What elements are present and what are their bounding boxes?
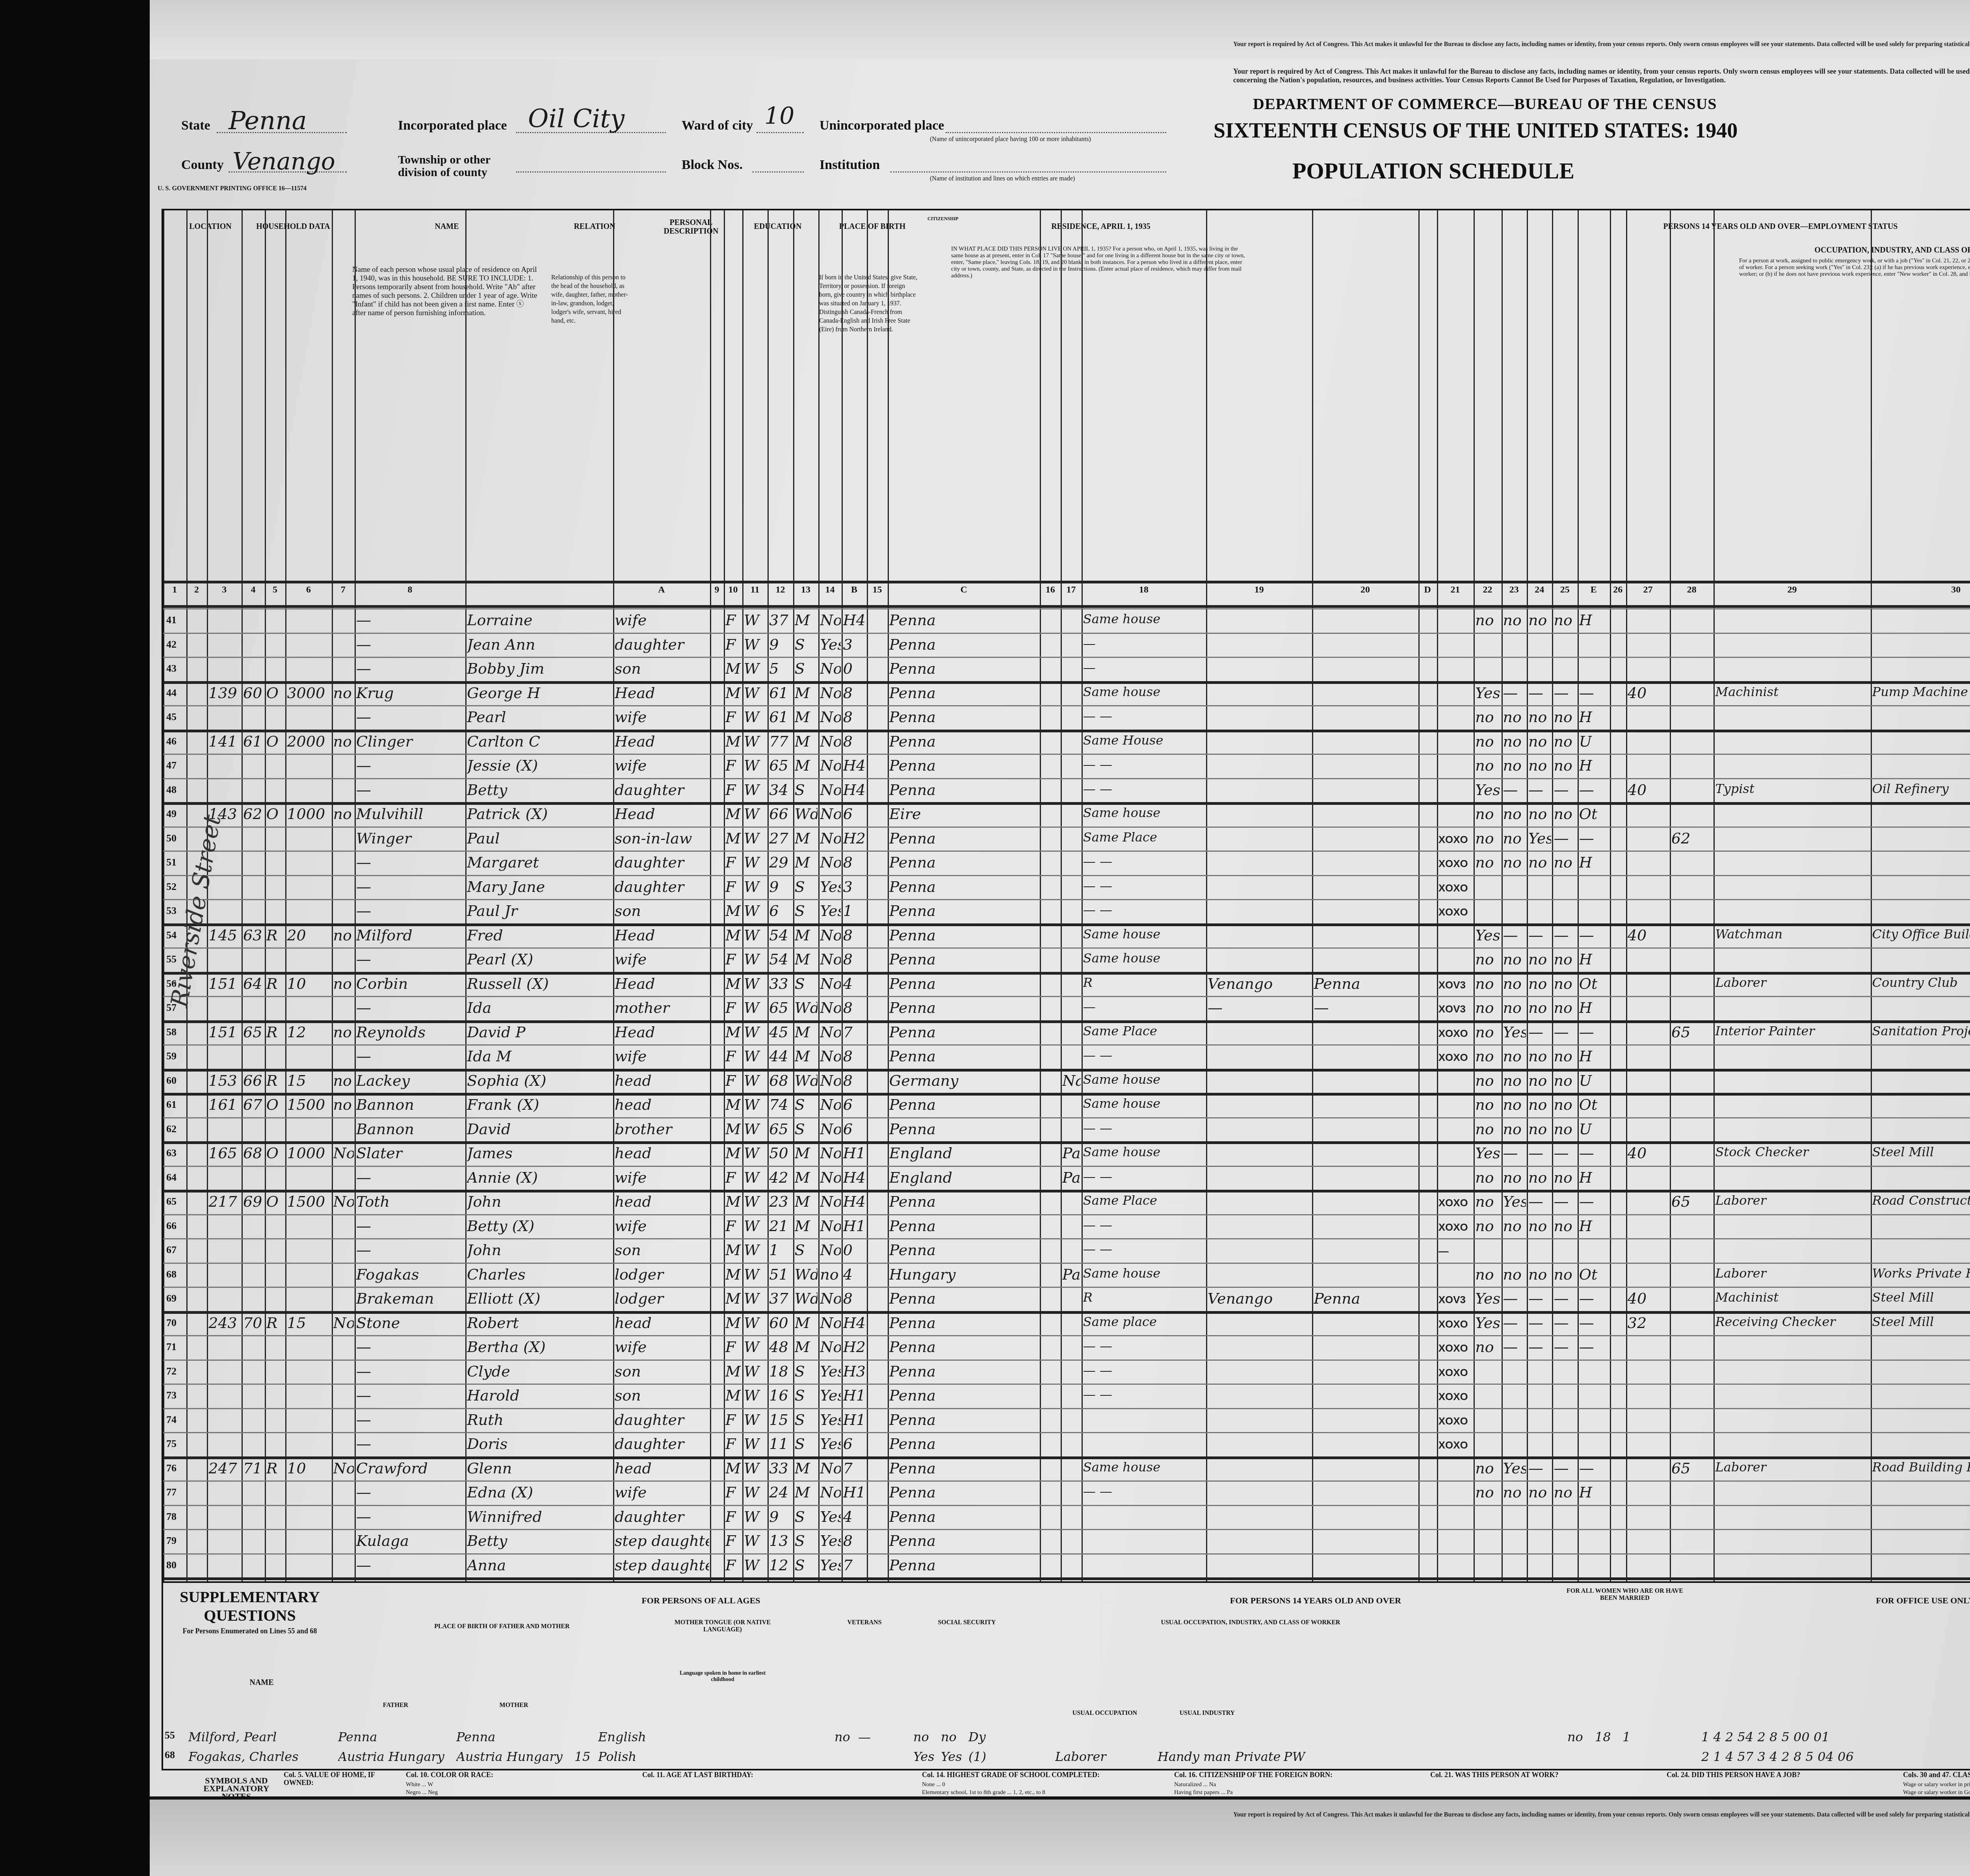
cell-own: O (266, 1193, 285, 1210)
supp-subtitle: For Persons Enumerated on Lines 55 and 6… (171, 1627, 329, 1635)
table-row: 7474—RuthdaughterFW15SYesH1PennaXOXO (163, 1408, 1970, 1432)
cell-value: 1000 (287, 1144, 331, 1162)
cell-age: 65 (769, 1120, 792, 1138)
cell-c25: H (1579, 708, 1609, 726)
cell-birth: Penna (889, 1411, 1039, 1428)
cell-sex: M (725, 975, 742, 992)
line-number: 67 (166, 1244, 177, 1256)
cell-sex: F (725, 1072, 742, 1089)
supp-women: FOR ALL WOMEN WHO ARE OR HAVE BEEN MARRI… (1566, 1588, 1684, 1602)
cell-surname: — (356, 1557, 465, 1574)
cell-state: — (1314, 999, 1417, 1016)
supp-usual-occ-col: USUAL OCCUPATION (1054, 1710, 1156, 1717)
cell-c23: — (1528, 1290, 1551, 1307)
cell-surname: — (356, 999, 465, 1016)
row-divider (163, 1141, 1970, 1144)
section-citizenship: CITIZENSHIP (927, 214, 947, 223)
cell-relation: Head (615, 975, 709, 992)
cell-marital: M (795, 830, 818, 847)
occupation-header: OCCUPATION, INDUSTRY, AND CLASS OF WORKE… (1739, 246, 1970, 254)
cell-c25: — (1579, 830, 1609, 847)
table-row: 565615164R10noCorbinRussell (X)HeadMW33S… (163, 972, 1970, 996)
cell-ind: Oil Refinery (1872, 781, 1970, 796)
cell-relation: lodger (615, 1266, 709, 1283)
cell-value: 2000 (287, 733, 331, 750)
cell-grade: H4 (843, 1314, 866, 1332)
cell-sex: M (725, 1023, 742, 1041)
cell-xoxo: XOXO (1438, 858, 1473, 870)
cell-sex: F (725, 708, 742, 726)
section-location: LOCATION (185, 222, 236, 231)
supp-cell-code: 15 (574, 1749, 598, 1764)
cell-relation: Head (615, 805, 709, 823)
township-label: Township or other division of county (398, 154, 516, 179)
cell-c25: — (1579, 1314, 1609, 1332)
cell-surname: — (356, 1338, 465, 1356)
footnote-col30: Cols. 30 and 47. CLASS OF WORKER: (1903, 1771, 1970, 1779)
line-number: 60 (166, 1075, 177, 1087)
cell-grade: H1 (843, 1484, 866, 1501)
cell-given: Margaret (467, 854, 612, 871)
next-sheet-strip: Your report is required by Act of Congre… (150, 1796, 1970, 1876)
cell-marital: M (795, 1314, 818, 1332)
cell-given: Pearl (X) (467, 951, 612, 968)
cell-grade: H1 (843, 1144, 866, 1162)
incorporated-place-value: Oil City (528, 104, 624, 134)
cell-grade: 8 (843, 927, 866, 944)
cell-given: Sophia (X) (467, 1072, 612, 1089)
cell-c23: no (1528, 999, 1551, 1016)
cell-age: 65 (769, 999, 792, 1016)
cell-c24: — (1554, 1290, 1576, 1307)
cell-c21: Yes (1475, 781, 1500, 799)
table-row: 616116167O1500noBannonFrank (X)headMW74S… (163, 1093, 1970, 1117)
cell-relation: wife (615, 1169, 709, 1186)
ward-label: Ward of city (682, 118, 753, 133)
cell-c23: no (1528, 611, 1551, 629)
column-number: 8 (355, 585, 465, 595)
cell-given: Mary Jane (467, 878, 612, 895)
cell-marital: S (795, 902, 818, 919)
supp-cell-office: 2 1 4 57 3 4 2 8 5 04 06 (1701, 1749, 1970, 1764)
cell-marital: M (795, 611, 818, 629)
cell-school: Yes (820, 1508, 841, 1525)
cell-age: 29 (769, 854, 792, 871)
cell-grade: 8 (843, 684, 866, 702)
cell-house: 145 (208, 927, 241, 944)
cell-occ: Interior Painter (1715, 1023, 1870, 1038)
cell-birth: Penna (889, 1048, 1039, 1065)
cell-c24: — (1554, 830, 1576, 847)
cell-surname: Kulaga (356, 1532, 465, 1549)
cell-farm: no (333, 805, 354, 823)
cell-c21: Yes (1475, 1290, 1500, 1307)
cell-c23: — (1528, 1314, 1551, 1332)
cell-race: W (744, 951, 767, 968)
institution-line (890, 171, 1166, 173)
cell-marital: M (795, 1484, 818, 1501)
footnote-col21: Col. 21. WAS THIS PERSON AT WORK? (1430, 1771, 1627, 1779)
cell-value: 15 (287, 1072, 331, 1089)
line-number: 63 (166, 1147, 177, 1159)
cell-age: 9 (769, 636, 792, 653)
cell-birth: Penna (889, 1096, 1039, 1113)
cell-relation: Head (615, 927, 709, 944)
cell-grade: 8 (843, 708, 866, 726)
supp-line-number: 68 (165, 1749, 180, 1761)
cell-occ: Receiving Checker (1715, 1314, 1870, 1329)
cell-c22: no (1503, 951, 1526, 968)
cell-grade: H4 (843, 781, 866, 799)
cell-school: Yes (820, 636, 841, 653)
ward-value: 10 (764, 102, 794, 130)
cell-marital: S (795, 660, 818, 677)
cell-age: 6 (769, 902, 792, 919)
cell-c22: no (1503, 999, 1526, 1016)
table-row: 7373—HaroldsonMW16SYesH1Penna— —XOXO (163, 1384, 1970, 1408)
cell-relation: head (615, 1072, 709, 1089)
cell-res: — (1083, 636, 1205, 651)
cell-house: 141 (208, 733, 241, 750)
cell-surname: Winger (356, 830, 465, 847)
cell-xoxo: XOXO (1438, 906, 1473, 918)
supp-cell-c40: no (834, 1729, 858, 1744)
cell-relation: wife (615, 611, 709, 629)
section-birth: PLACE OF BIRTH (817, 222, 927, 231)
table-row: 7979KulagaBettystep daughterFW13SYes8Pen… (163, 1529, 1970, 1553)
column-number: 23 (1502, 585, 1527, 595)
column-number: 16 (1040, 585, 1061, 595)
cell-c21: no (1475, 999, 1500, 1016)
cell-grade: 0 (843, 1241, 866, 1259)
cell-own: O (266, 1144, 285, 1162)
supp-cell-c50: 1 (1622, 1729, 1650, 1744)
cell-birth: Penna (889, 1557, 1039, 1574)
row-divider (163, 608, 1970, 609)
cell-given: Ida (467, 999, 612, 1016)
cell-hh: 68 (243, 1144, 264, 1162)
row-divider (163, 899, 1970, 900)
cell-age: 54 (769, 927, 792, 944)
cell-relation: head (615, 1144, 709, 1162)
cell-c25: H (1579, 1048, 1609, 1065)
cell-marital: Wd (795, 1290, 818, 1307)
supp-birthplace-header: PLACE OF BIRTH OF FATHER AND MOTHER (336, 1623, 667, 1630)
cell-birth: Penna (889, 1363, 1039, 1380)
cell-age: 12 (769, 1557, 792, 1574)
cell-c25: — (1579, 1023, 1609, 1041)
cell-birth: Penna (889, 611, 1039, 629)
cell-age: 66 (769, 805, 792, 823)
cell-surname: Reynolds (356, 1023, 465, 1041)
institution-label: Institution (820, 158, 880, 173)
cell-sex: F (725, 611, 742, 629)
cell-race: W (744, 1508, 767, 1525)
cell-c24: no (1554, 999, 1576, 1016)
cell-marital: S (795, 1120, 818, 1138)
column-number: 12 (768, 585, 793, 595)
cell-school: No (820, 1338, 841, 1356)
cell-given: Betty (467, 1532, 612, 1549)
cell-marital: S (795, 1387, 818, 1404)
table-row: 5757—IdamotherFW65WdNo8Penna———XOV3nonon… (163, 996, 1970, 1020)
footnote-item: Having first papers ... Pa (1174, 1789, 1233, 1796)
table-row: 636316568O1000NoSlaterJamesheadMW50MNoH1… (163, 1141, 1970, 1166)
cell-marital: S (795, 1532, 818, 1549)
line-number: 46 (166, 736, 177, 747)
cell-own: O (266, 805, 285, 823)
cell-given: Fred (467, 927, 612, 944)
cell-school: No (820, 1314, 841, 1332)
county-value: Venango (232, 148, 335, 175)
cell-xoxo: XOXO (1438, 1342, 1473, 1354)
cell-farm: no (333, 733, 354, 750)
cell-res: — — (1083, 902, 1205, 917)
footnote-item: Naturalized ... Na (1174, 1781, 1216, 1789)
column-number: E (1578, 585, 1610, 595)
column-number: 10 (724, 585, 742, 595)
table-row: 5353—Paul JrsonMW6SYes1Penna— —XOXO (163, 899, 1970, 923)
line-number: 73 (166, 1389, 177, 1401)
cell-c21: no (1475, 1096, 1500, 1113)
cell-grade: 6 (843, 1435, 866, 1453)
cell-birth: Penna (889, 1290, 1039, 1307)
cell-sex: M (725, 1363, 742, 1380)
cell-age: 9 (769, 878, 792, 895)
cell-grade: H1 (843, 1217, 866, 1235)
line-number: 50 (166, 832, 177, 844)
cell-race: W (744, 878, 767, 895)
cell-marital: M (795, 1169, 818, 1186)
cell-school: No (820, 927, 841, 944)
cell-school: No (820, 805, 841, 823)
cell-race: W (744, 1241, 767, 1259)
row-divider (163, 1360, 1970, 1361)
cell-marital: S (795, 1241, 818, 1259)
footnote-col11: Col. 11. AGE AT LAST BIRTHDAY: (642, 1771, 879, 1779)
cell-grade: 8 (843, 951, 866, 968)
cell-school: No (820, 611, 841, 629)
cell-c22: Yes (1503, 1193, 1526, 1210)
cell-sex: F (725, 999, 742, 1016)
cell-age: 48 (769, 1338, 792, 1356)
cell-xoxo: XOV3 (1438, 979, 1473, 991)
cell-grade: 4 (843, 1508, 866, 1525)
cell-age: 61 (769, 684, 792, 702)
table-row: 4545—PearlwifeFW61MNo8Penna— —nonononoH0… (163, 705, 1970, 730)
cell-birth: Penna (889, 1508, 1039, 1525)
cell-res: — — (1083, 854, 1205, 869)
cell-c25: Ot (1579, 1096, 1609, 1113)
cell-surname: — (356, 1217, 465, 1235)
cell-xoxo: XOXO (1438, 1439, 1473, 1451)
occupation-instructions: For a person at work, assigned to public… (1739, 258, 1970, 278)
cell-given: Annie (X) (467, 1169, 612, 1186)
cell-school: No (820, 1193, 841, 1210)
cell-c21: no (1475, 708, 1500, 726)
supp-office-use: FOR OFFICE USE ONLY—DO NOT WRITE IN THES… (1692, 1596, 1970, 1606)
cell-relation: Head (615, 733, 709, 750)
cell-res: — — (1083, 1363, 1205, 1378)
cell-surname: — (356, 781, 465, 799)
cell-race: W (744, 1387, 767, 1404)
cell-race: W (744, 733, 767, 750)
cell-house: 243 (208, 1314, 241, 1332)
table-row: 464614161O2000noClingerCarlton CHeadMW77… (163, 730, 1970, 754)
row-divider (163, 947, 1970, 949)
cell-surname: — (356, 878, 465, 895)
cell-marital: S (795, 975, 818, 992)
row-divider (163, 1529, 1970, 1530)
cell-c21: no (1475, 1338, 1500, 1356)
cell-c21: no (1475, 1072, 1500, 1089)
cell-hours: 40 (1628, 684, 1669, 702)
line-number: 65 (166, 1196, 177, 1207)
cell-relation: step daughter (615, 1557, 709, 1574)
cell-c22: no (1503, 1266, 1526, 1283)
footnote-col14: Col. 14. HIGHEST GRADE OF SCHOOL COMPLET… (922, 1771, 1158, 1779)
table-row: 6262BannonDavidbrotherMW65SNo6Penna— —no… (163, 1117, 1970, 1142)
column-number: 1 (163, 585, 186, 595)
cell-hours: 32 (1628, 1314, 1669, 1332)
cell-value: 3000 (287, 684, 331, 702)
cell-surname: — (356, 708, 465, 726)
column-number: B (842, 585, 867, 595)
cell-res: — — (1083, 1217, 1205, 1232)
supp-cell-c42: Yes (913, 1749, 941, 1764)
line-number: 79 (166, 1535, 177, 1547)
cell-age: 61 (769, 708, 792, 726)
column-number: 22 (1474, 585, 1501, 595)
cell-ind: Country Club (1872, 975, 1970, 990)
cell-c24: no (1554, 1096, 1576, 1113)
cell-res: Same house (1083, 1096, 1205, 1111)
cell-cit: Pa (1062, 1169, 1081, 1186)
cell-c21: no (1475, 1266, 1500, 1283)
column-number: 18 (1082, 585, 1206, 595)
cell-c23: no (1528, 1048, 1551, 1065)
cell-hh: 65 (243, 1023, 264, 1041)
cell-surname: Lackey (356, 1072, 465, 1089)
cell-c24: no (1554, 1169, 1576, 1186)
row-divider (163, 1287, 1970, 1288)
column-number: 20 (1312, 585, 1418, 595)
cell-hours: 40 (1628, 1290, 1669, 1307)
cell-grade: 1 (843, 902, 866, 919)
cell-c24: no (1554, 854, 1576, 871)
cell-house: 247 (208, 1460, 241, 1477)
cell-birth: Penna (889, 927, 1039, 944)
cell-birth: Penna (889, 975, 1039, 992)
cell-sex: F (725, 757, 742, 774)
footnote-col24: Col. 24. DID THIS PERSON HAVE A JOB? (1667, 1771, 1864, 1779)
cell-c22: — (1503, 927, 1526, 944)
line-number: 48 (166, 784, 177, 796)
cell-race: W (744, 708, 767, 726)
row-divider (163, 1384, 1970, 1385)
cell-cit: Na (1062, 1072, 1081, 1089)
cell-marital: M (795, 854, 818, 871)
cell-marital: Wd (795, 1266, 818, 1283)
cell-marital: M (795, 927, 818, 944)
cell-c24: — (1554, 1314, 1576, 1332)
cell-race: W (744, 1338, 767, 1356)
cell-birth: Penna (889, 708, 1039, 726)
column-number: 5 (265, 585, 286, 595)
cell-race: W (744, 1435, 767, 1453)
cell-given: Jessie (X) (467, 757, 612, 774)
cell-c25: — (1579, 781, 1609, 799)
relation-instructions: Relationship of this person to the head … (551, 273, 630, 325)
cell-school: Yes (820, 902, 841, 919)
footnote-item: White ... W (406, 1781, 433, 1789)
cell-value: 1500 (287, 1193, 331, 1210)
cell-race: W (744, 1169, 767, 1186)
cell-surname: Krug (356, 684, 465, 702)
cell-xoxo: XOXO (1438, 1197, 1473, 1209)
table-row: 7171—Bertha (X)wifeFW48MNoH2Penna— —XOXO… (163, 1335, 1970, 1360)
cell-c23: no (1528, 757, 1551, 774)
line-number: 58 (166, 1026, 177, 1038)
row-divider (163, 1480, 1970, 1482)
state-label: State (181, 118, 210, 133)
cell-c21: no (1475, 1169, 1500, 1186)
cell-grade: 3 (843, 636, 866, 653)
microfilm-frame: Your report is required by Act of Congre… (0, 0, 1970, 1876)
cell-school: No (820, 684, 841, 702)
cell-surname: Stone (356, 1314, 465, 1332)
column-number: 30 (1871, 585, 1970, 595)
cell-xoxo: XOV3 (1438, 1294, 1473, 1306)
section-personal: PERSONAL DESCRIPTION (642, 218, 740, 236)
cell-surname: — (356, 611, 465, 629)
supp-cell-language: English (598, 1729, 701, 1744)
row-divider (163, 996, 1970, 997)
cell-c23: no (1528, 951, 1551, 968)
section-residence: RESIDENCE, APRIL 1, 1935 (947, 222, 1254, 231)
cell-c23: no (1528, 1266, 1551, 1283)
column-number: 13 (793, 585, 818, 595)
cell-xoxo: XOXO (1438, 1221, 1473, 1233)
line-number: 54 (166, 929, 177, 941)
cell-surname: Crawford (356, 1460, 465, 1477)
cell-birth: England (889, 1144, 1039, 1162)
cell-marital: M (795, 684, 818, 702)
cell-birth: England (889, 1169, 1039, 1186)
cell-race: W (744, 1072, 767, 1089)
table-row: 6666—Betty (X)wifeFW21MNoH1Penna— —XOXOn… (163, 1214, 1970, 1239)
cell-c21: no (1475, 1484, 1500, 1501)
row-divider (163, 633, 1970, 634)
table-row: 656521769O1500NoTothJohnheadMW23MNoH4Pen… (163, 1190, 1970, 1214)
cell-grade: 6 (843, 1096, 866, 1113)
cell-sex: M (725, 1290, 742, 1307)
line-number: 42 (166, 639, 177, 650)
column-number: A (613, 585, 710, 595)
cell-given: Betty (467, 781, 612, 799)
cell-relation: head (615, 1314, 709, 1332)
cell-age: 37 (769, 1290, 792, 1307)
cell-farm: no (333, 684, 354, 702)
cell-occ: Laborer (1715, 975, 1870, 990)
cell-hours: 40 (1628, 781, 1669, 799)
cell-sex: M (725, 1241, 742, 1259)
cell-grade: 8 (843, 1532, 866, 1549)
cell-own: O (266, 1096, 285, 1113)
cell-c25: U (1579, 733, 1609, 750)
cell-own: R (266, 1460, 285, 1477)
cell-surname: — (356, 1435, 465, 1453)
